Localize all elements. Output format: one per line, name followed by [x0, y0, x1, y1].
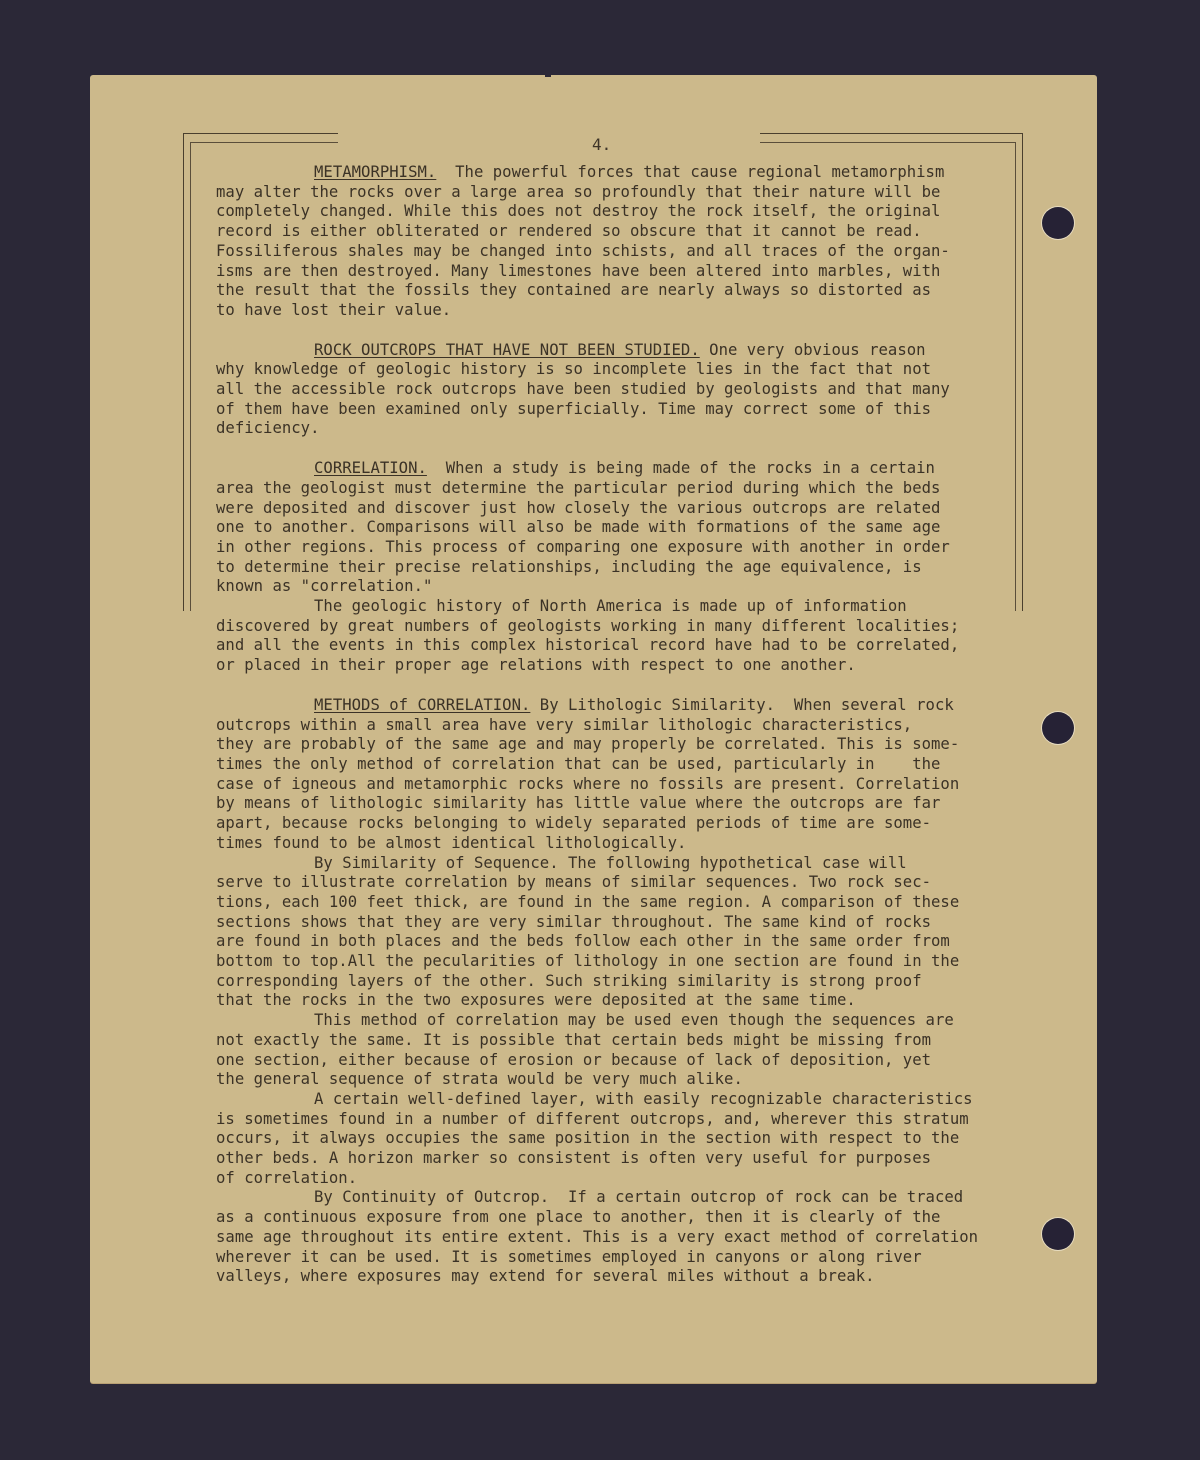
text-line: outcrops within a small area have very s…	[216, 716, 1016, 736]
section-metamorphism-first-line: METAMORPHISM. The powerful forces that c…	[216, 163, 1016, 183]
text-line: record is either obliterated or rendered…	[216, 222, 1016, 242]
page-number: 4.	[592, 135, 611, 154]
text-line: known as "correlation."	[216, 577, 1016, 597]
text-line: other beds. A horizon marker so consiste…	[216, 1149, 1016, 1169]
text-line: wherever it can be used. It is sometimes…	[216, 1248, 1016, 1268]
text-line: as a continuous exposure from one place …	[216, 1208, 1016, 1228]
text-line: to determine their precise relationships…	[216, 558, 1016, 578]
text-line: were deposited and discover just how clo…	[216, 499, 1016, 519]
text-line: tions, each 100 feet thick, are found in…	[216, 893, 1016, 913]
page-notch	[545, 73, 551, 77]
text-line: isms are then destroyed. Many limestones…	[216, 262, 1016, 282]
section-heading: ROCK OUTCROPS THAT HAVE NOT BEEN STUDIED…	[314, 341, 700, 359]
text-line: the general sequence of strata would be …	[216, 1070, 1016, 1090]
punch-hole-middle	[1042, 712, 1074, 744]
text-line: times found to be almost identical litho…	[216, 834, 1016, 854]
text-line: all the accessible rock outcrops have be…	[216, 380, 1016, 400]
text-line: valleys, where exposures may extend for …	[216, 1267, 1016, 1287]
text-line: same age throughout its entire extent. T…	[216, 1228, 1016, 1248]
text-line: the result that the fossils they contain…	[216, 281, 1016, 301]
frame-top-left-rule-inner	[190, 142, 338, 143]
text-line: completely changed. While this does not …	[216, 202, 1016, 222]
text-line: is sometimes found in a number of differ…	[216, 1110, 1016, 1130]
text-line: By Continuity of Outcrop. If a certain o…	[216, 1188, 1016, 1208]
text-line: area the geologist must determine the pa…	[216, 479, 1016, 499]
paragraph-gap	[216, 439, 1016, 459]
section-heading: CORRELATION.	[314, 459, 427, 477]
text-line: why knowledge of geologic history is so …	[216, 360, 1016, 380]
text-line: times the only method of correlation tha…	[216, 755, 1016, 775]
text-line: may alter the rocks over a large area so…	[216, 183, 1016, 203]
punch-hole-top	[1042, 207, 1074, 239]
text-line: one section, either because of erosion o…	[216, 1051, 1016, 1071]
section-outcrops-first-line: ROCK OUTCROPS THAT HAVE NOT BEEN STUDIED…	[216, 341, 1016, 361]
text-line: of correlation.	[216, 1169, 1016, 1189]
text-line: not exactly the same. It is possible tha…	[216, 1031, 1016, 1051]
frame-top-right-rule	[760, 133, 1022, 134]
section-heading: METAMORPHISM.	[314, 163, 436, 181]
frame-top-right-rule-inner	[760, 142, 1015, 143]
text-line: deficiency.	[216, 419, 1016, 439]
paragraph-gap	[216, 676, 1016, 696]
frame-top-left-rule	[183, 133, 338, 134]
text-line: occurs, it always occupies the same posi…	[216, 1129, 1016, 1149]
text-line: bottom to top.All the pecularities of li…	[216, 952, 1016, 972]
text-line: Fossiliferous shales may be changed into…	[216, 242, 1016, 262]
text-line: to have lost their value.	[216, 301, 1016, 321]
section-methods-first-line: METHODS of CORRELATION. By Lithologic Si…	[216, 696, 1016, 716]
text-line: of them have been examined only superfic…	[216, 400, 1016, 420]
text-line: apart, because rocks belonging to widely…	[216, 814, 1016, 834]
text-line: case of igneous and metamorphic rocks wh…	[216, 775, 1016, 795]
text-line: By Similarity of Sequence. The following…	[216, 854, 1016, 874]
paragraph-gap	[216, 321, 1016, 341]
section-heading: METHODS of CORRELATION.	[314, 696, 530, 714]
text-line: A certain well-defined layer, with easil…	[216, 1090, 1016, 1110]
text-line: and all the events in this complex histo…	[216, 636, 1016, 656]
text-line: in other regions. This process of compar…	[216, 538, 1016, 558]
text-line: one to another. Comparisons will also be…	[216, 518, 1016, 538]
text-line: corresponding layers of the other. Such …	[216, 972, 1016, 992]
text-line: are found in both places and the beds fo…	[216, 932, 1016, 952]
text-line: The geologic history of North America is…	[216, 597, 1016, 617]
text-line: or placed in their proper age relations …	[216, 656, 1016, 676]
text-line: discovered by great numbers of geologist…	[216, 617, 1016, 637]
text-line: This method of correlation may be used e…	[216, 1011, 1016, 1031]
document-body: METAMORPHISM. The powerful forces that c…	[216, 163, 1016, 1287]
text-line: they are probably of the same age and ma…	[216, 735, 1016, 755]
text-line: serve to illustrate correlation by means…	[216, 873, 1016, 893]
text-line: by means of lithologic similarity has li…	[216, 794, 1016, 814]
section-correlation-first-line: CORRELATION. When a study is being made …	[216, 459, 1016, 479]
text-line: that the rocks in the two exposures were…	[216, 991, 1016, 1011]
text-line: sections shows that they are very simila…	[216, 913, 1016, 933]
punch-hole-bottom	[1042, 1218, 1074, 1250]
